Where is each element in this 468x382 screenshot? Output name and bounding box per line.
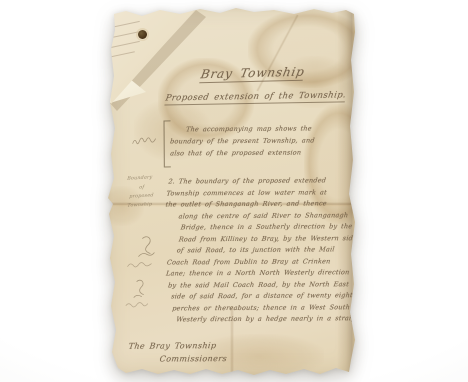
pencil-margin-note (132, 136, 158, 148)
manuscript-paper-wrap: Bray Township Proposed extension of the … (108, 8, 357, 375)
margin-note-line: Township (127, 202, 152, 208)
margin-note-line: Boundary (127, 175, 153, 181)
pencil-proof-mark (125, 301, 149, 310)
body-line: of said Road, to its junction with the M… (176, 245, 335, 254)
pencil-proof-mark (126, 261, 152, 271)
intro-line: The accompanying map shows the (186, 124, 313, 133)
closing-line: The Bray Township (128, 341, 217, 351)
document-subtitle: Proposed extension of the Township. (164, 90, 346, 105)
body-line: Lane; thence in a North North Westerly d… (166, 268, 350, 277)
body-line: Bridge, thence in a Southerly direction … (180, 222, 353, 231)
body-line: Township commences at low water mark at (166, 188, 327, 197)
margin-note-line: of (139, 185, 145, 190)
document-title: Bray Township (199, 65, 306, 84)
body-line: 2. The boundary of the proposed extended (168, 176, 327, 185)
body-line: Coach Road from Dublin to Bray at Crinke… (167, 257, 331, 266)
body-line: along the centre of said River to Shanga… (178, 211, 349, 220)
photo-stage: Bray Township Proposed extension of the … (0, 0, 468, 382)
handwriting-layer: Bray Township Proposed extension of the … (107, 7, 359, 376)
manuscript-paper: Bray Township Proposed extension of the … (108, 8, 357, 375)
intro-line: boundary of the present Township, and (170, 136, 316, 145)
intro-line: also that of the proposed extension (170, 149, 302, 158)
body-line: by the said Mail Coach Road, by the Nort… (168, 280, 350, 289)
body-line: side of said Road, for a distance of twe… (171, 291, 354, 300)
body-line: perches or thereabouts; thence in a West… (172, 303, 351, 312)
margin-note-line: proposed (129, 193, 154, 199)
body-line: the outlet of Shanganagh River, and then… (165, 199, 327, 208)
closing-line: Commissioners (159, 354, 227, 363)
pencil-proof-mark (131, 279, 149, 303)
body-line: Westerly direction by a hedge nearly in … (176, 314, 363, 323)
body-line: Road from Killiney to Bray, by the Weste… (178, 234, 357, 243)
